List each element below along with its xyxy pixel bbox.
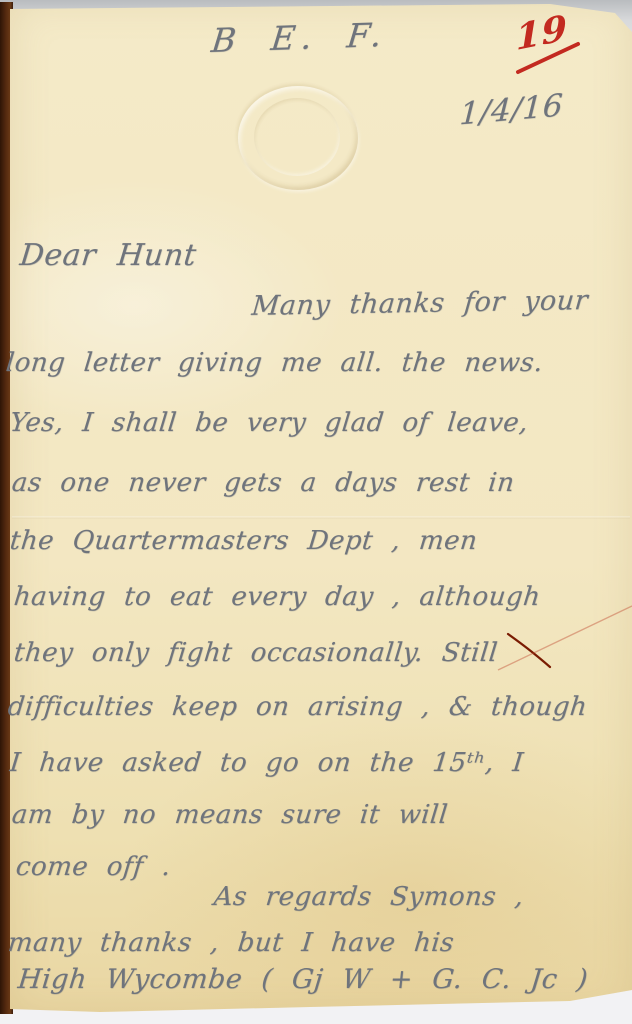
letter-line: High Wycombe ( Gj W + G. C. Jc ) [16,964,589,995]
letter-line: the Quartermasters Dept , men [8,526,479,556]
fold-crease [12,516,630,519]
letter-line: am by no means sure it will [10,800,449,830]
letter-line: Many thanks for your [250,285,589,322]
letter-line: I have asked to go on the 15ᵗʰ, I [8,748,525,778]
letterhead-unit: B E. F. [210,15,390,60]
letter-line: they only fight occasionally. Still [12,638,499,668]
embossed-seal-icon [238,86,358,190]
salutation: Dear Hunt [18,238,198,273]
letter-line: having to eat every day , although [12,582,542,612]
letter-line: come off . [14,852,172,882]
letter-line: Yes, I shall be very glad of leave, [8,408,529,438]
letter-line: long letter giving me all. the news. [4,348,544,378]
letter-line: difficulties keep on arising , & though [6,692,588,722]
letter-line: many thanks , but I have his [6,928,455,958]
letter-line: as one never gets a days rest in [10,468,516,498]
letter-line: As regards Symons , [212,882,525,912]
embossed-seal-inner-ring [254,98,340,176]
letter-scan: B E. F. 19 1/4/16 Dear Hunt Many thanks … [0,0,632,1024]
